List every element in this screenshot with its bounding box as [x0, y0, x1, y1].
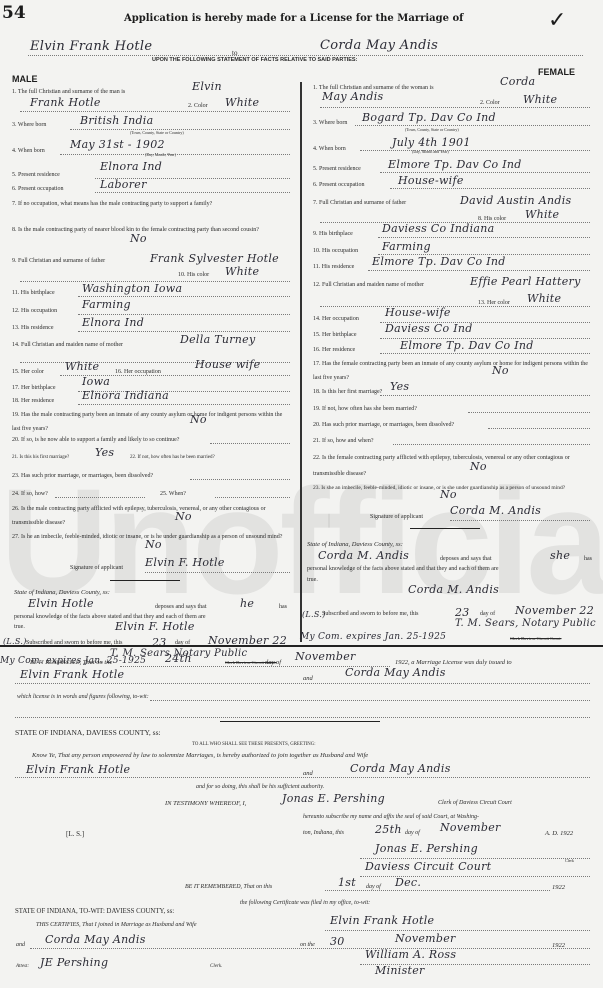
- fill-in-line: [15, 683, 590, 684]
- printed-text: 18. Her residence: [12, 398, 54, 404]
- printed-text: 3.: [313, 120, 318, 126]
- fill-in-line: [15, 717, 590, 718]
- printed-text: 3. Where born: [12, 122, 46, 128]
- printed-text: 4.: [313, 146, 318, 152]
- female-mother-residence: Elmore Tp. Dav Co Ind: [400, 339, 534, 352]
- printed-text: 2.: [188, 103, 193, 109]
- license-issue-day: 24th: [165, 652, 192, 665]
- printed-text: If not, how often has he been married?: [138, 455, 215, 460]
- male-birthdate: May 31st - 1902: [70, 138, 165, 151]
- fill-in-line: [390, 188, 590, 189]
- fill-in-line: [393, 444, 590, 445]
- female-heading: FEMALE: [538, 67, 575, 77]
- printed-text: If so, how?: [21, 491, 48, 497]
- printed-text: 9.: [313, 231, 318, 237]
- oath-state-line: State of Indiana, Daviess County, ss:: [14, 589, 110, 596]
- printed-text: When?: [169, 491, 186, 497]
- printed-text: THIS CERTIFIES, That I joined in Marriag…: [36, 922, 197, 928]
- male-blood-kin-answer: No: [130, 232, 147, 245]
- printed-text: 4. When born: [12, 148, 45, 154]
- female-father-birthplace: Daviess Co Indiana: [382, 222, 495, 235]
- printed-text: 20. If so, is he now able to support a f…: [12, 437, 179, 443]
- printed-text: Where born: [319, 120, 348, 126]
- printed-text: 7. If no occupation, what means has the …: [12, 197, 292, 212]
- license-issue-month: November: [295, 650, 356, 663]
- printed-text: 2.: [480, 100, 485, 106]
- printed-text: Be It Remembered, That on the: [30, 659, 112, 666]
- field-label: Color: [194, 103, 208, 109]
- certificate-bride-name: Corda May Andis: [45, 933, 146, 946]
- printed-text: 11. His birthplace: [12, 290, 55, 296]
- printed-text: If no occupation, what means has the mal…: [18, 201, 212, 207]
- printed-text: 5.: [313, 166, 318, 172]
- fill-in-line: [380, 353, 590, 354]
- attest-signature: JE Pershing: [40, 956, 108, 969]
- female-disease-answer: No: [470, 460, 487, 473]
- printed-text: 24.: [12, 491, 20, 497]
- printed-text: Clerk Daviess Circuit Court.: [510, 636, 562, 641]
- printed-text: Her birthplace: [322, 332, 356, 338]
- printed-text: His birthplace: [21, 290, 55, 296]
- fill-in-line: [95, 192, 290, 193]
- printed-text: 23.: [12, 473, 20, 479]
- fill-in-line: [30, 948, 590, 949]
- printed-text: and: [16, 942, 25, 948]
- printed-text: 18.: [12, 398, 20, 404]
- fill-in-line: [450, 520, 590, 521]
- printed-text: 19.: [12, 412, 20, 418]
- printed-text: His residence: [322, 264, 355, 270]
- printed-text: 21.: [313, 438, 321, 444]
- male-first-marriage-answer: Yes: [95, 446, 114, 459]
- printed-text: 5. Present residence: [12, 172, 60, 178]
- column-divider: [300, 82, 302, 642]
- female-notary-signature: T. M. Sears, Notary Public: [455, 618, 596, 629]
- printed-text: 16.: [313, 347, 321, 353]
- printed-text: A. D. 1922: [545, 830, 573, 837]
- printed-text: 2. Color: [188, 103, 208, 109]
- printed-text: and: [303, 770, 313, 777]
- printed-text: His occupation: [322, 248, 358, 254]
- printed-text: 15. Her color: [12, 369, 44, 375]
- printed-text: 10. His color: [178, 272, 209, 278]
- printed-text: State of Indiana, Daviess County, ss:: [307, 541, 403, 548]
- printed-text: day of: [405, 830, 420, 836]
- female-mother-name: Effie Pearl Hattery: [322, 272, 592, 292]
- printed-text: 1922: [552, 884, 565, 891]
- male-disease-answer: No: [175, 510, 192, 523]
- printed-text: 6. Present occupation: [12, 186, 64, 192]
- printed-text: 24. If so, how?: [12, 491, 48, 497]
- printed-text: 26. Is the male contracting party afflic…: [12, 502, 292, 530]
- printed-text: 7.: [12, 201, 17, 207]
- printed-text: Is this his first marriage?: [20, 455, 70, 460]
- female-birthplace: Bogard Tp. Dav Co Ind: [362, 111, 496, 124]
- printed-text: 1922, a Marriage License was duly issued…: [395, 659, 512, 666]
- female-unsound-answer: No: [440, 488, 457, 501]
- male-mother-color: White: [65, 360, 99, 373]
- female-first-name: Corda: [500, 75, 535, 88]
- printed-text: 19. If not, how often has she been marri…: [313, 406, 417, 412]
- fill-in-line: [78, 296, 290, 297]
- fill-in-line: [150, 700, 590, 701]
- printed-text: Has such prior marriage, or marriages, b…: [322, 422, 454, 428]
- printed-text: Her birthplace: [21, 385, 55, 391]
- license-groom-name: Elvin Frank Hotle: [20, 668, 124, 681]
- male-mother-occupation: House wife: [195, 358, 260, 371]
- printed-text: 27.: [12, 534, 20, 540]
- male-father-birthplace: Washington Iowa: [82, 282, 182, 295]
- printed-text: His color: [187, 272, 209, 278]
- clerk-name: Jonas E. Pershing: [282, 792, 385, 805]
- printed-text: 2. Color: [480, 100, 500, 106]
- fill-in-line: [360, 150, 590, 151]
- printed-text: 21. If so, how and when?: [313, 438, 374, 444]
- female-oath-month: November 22: [515, 604, 594, 617]
- printed-text: 4.: [12, 148, 17, 154]
- authorized-bride-name: Corda May Andis: [350, 762, 451, 775]
- printed-text: 20.: [313, 422, 321, 428]
- fill-in-line: [468, 412, 590, 413]
- printed-text: Her occupation: [322, 316, 359, 322]
- printed-text: Full Christian and surname of father: [18, 258, 105, 264]
- license-day: 25th: [375, 823, 402, 836]
- rule-line: [110, 580, 180, 581]
- printed-text: has: [584, 556, 592, 562]
- printed-text: (Town, County, State or Country): [405, 127, 459, 132]
- license-state-heading: STATE OF INDIANA, DAVIESS COUNTY, ss:: [15, 728, 161, 737]
- printed-text: and for so doing, this shall be his suff…: [196, 784, 324, 790]
- printed-text: 20.: [12, 437, 20, 443]
- printed-text: If not, how often has she been married?: [322, 406, 417, 412]
- male-asylum-answer: No: [190, 413, 207, 426]
- printed-text: which license is in words and figures fo…: [17, 694, 149, 700]
- male-father-color: White: [225, 265, 259, 278]
- printed-text: 12.: [313, 282, 321, 288]
- printed-text: 22. If not, how often has he been marrie…: [130, 455, 215, 460]
- fill-in-line: [28, 55, 583, 56]
- printed-text: Clerk.: [210, 964, 222, 969]
- fill-in-line: [55, 497, 145, 498]
- female-birthdate: July 4th 1901: [392, 136, 471, 149]
- printed-text: Has the male contracting party been an i…: [12, 412, 282, 432]
- license-bride-name: Corda May Andis: [345, 666, 446, 679]
- fill-in-line: [320, 107, 590, 108]
- fill-in-line: [360, 858, 590, 859]
- female-father-residence: Elmore Tp. Dav Co Ind: [372, 255, 506, 268]
- printed-text: 6.: [313, 182, 318, 188]
- female-color: White: [523, 93, 557, 106]
- fill-in-line: [325, 930, 590, 931]
- printed-text: 19. Has the male contracting party been …: [12, 408, 292, 436]
- printed-text: 3.: [12, 122, 17, 128]
- printed-text: Be It Remembered,: [30, 659, 81, 666]
- fill-in-line: [145, 572, 290, 573]
- field-number: 1.: [12, 89, 17, 95]
- printed-text: 22. Is the female contracting party affl…: [313, 450, 593, 482]
- printed-text: BE IT REMEMBERED, That on this: [185, 884, 272, 890]
- female-notary-commission: My Com. expires Jan. 25-1925: [300, 632, 446, 642]
- printed-text: Is the male contracting party afflicted …: [12, 506, 266, 526]
- document-title: Application is hereby made for a License…: [124, 13, 463, 24]
- printed-text: true.: [307, 577, 318, 583]
- printed-text: His birthplace: [319, 231, 353, 237]
- printed-text: ton, Indiana, this: [303, 830, 344, 836]
- printed-text: 8.: [12, 227, 17, 233]
- printed-text: Is the female contracting party afflicte…: [313, 455, 570, 477]
- printed-text: the following Certificate was filed in m…: [240, 900, 370, 906]
- certificate-groom-name: Elvin Frank Hotle: [330, 914, 434, 927]
- printed-text: 23.: [313, 485, 320, 491]
- printed-text: That on the: [83, 659, 113, 666]
- female-mother-occupation: House-wife: [385, 306, 451, 319]
- male-residence: Elnora Ind: [100, 160, 162, 173]
- fill-in-line: [320, 306, 590, 307]
- fill-in-line: [190, 479, 290, 480]
- printed-text: If so, how and when?: [322, 438, 374, 444]
- printed-text: 10.: [178, 272, 186, 278]
- male-middle-surname: Frank Hotle: [30, 96, 101, 109]
- male-mother-birthplace: Iowa: [82, 375, 110, 388]
- female-father-color: White: [525, 208, 559, 221]
- fill-in-line: [380, 172, 590, 173]
- printed-text: Where born: [18, 122, 47, 128]
- printed-text: Her residence: [322, 347, 355, 353]
- fill-in-line: [488, 428, 590, 429]
- printed-text: Clerk: [565, 858, 574, 863]
- check-mark-icon: ✓: [548, 8, 566, 33]
- printed-text: 17.: [313, 361, 321, 367]
- marriage-day: 30: [330, 935, 345, 948]
- printed-text: TO ALL WHO SHALL SEE THESE PRESENTS, GRE…: [192, 742, 316, 747]
- header-bride-name: Corda May Andis: [320, 38, 438, 53]
- fill-in-line: [70, 129, 290, 130]
- printed-text: 15.: [12, 369, 20, 375]
- rule-line: [220, 721, 380, 722]
- marriage-month: November: [395, 932, 456, 945]
- female-oath-pronoun: she: [550, 549, 570, 562]
- printed-text: 22.: [130, 455, 136, 460]
- printed-text: Color: [486, 100, 500, 106]
- rule-line: [410, 528, 480, 529]
- printed-text: Her color: [21, 369, 44, 375]
- printed-text: Subscribed and sworn to before me, this: [322, 611, 418, 617]
- printed-text: Is this her first marriage?: [322, 389, 382, 395]
- printed-text: personal knowledge of the facts above st…: [307, 566, 499, 572]
- printed-text: 5.: [12, 172, 17, 178]
- printed-text: Know Ye, That any person empowered by la…: [32, 752, 368, 759]
- printed-text: If so, is he now able to support a famil…: [21, 437, 179, 443]
- female-middle-surname: May Andis: [322, 90, 383, 103]
- printed-text: 3. Where born: [313, 120, 347, 126]
- minister-title: Minister: [375, 964, 425, 977]
- section-divider: [0, 645, 603, 647]
- printed-text: 7.: [313, 200, 318, 206]
- printed-text: Present residence: [18, 172, 60, 178]
- fill-in-line: [78, 314, 290, 315]
- printed-text: day of: [480, 611, 495, 617]
- female-father-occupation: Farming: [382, 240, 431, 253]
- male-signature: Elvin F. Hotle: [145, 556, 225, 569]
- printed-text: 19.: [313, 406, 321, 412]
- printed-text: His occupation: [21, 308, 57, 314]
- printed-text: 10.: [313, 248, 321, 254]
- fill-in-line: [60, 154, 290, 155]
- male-heading: MALE: [12, 74, 38, 84]
- printed-text: 10. His occupation: [313, 248, 358, 254]
- printed-text: 6. Present occupation: [313, 182, 365, 188]
- male-unsound-answer: No: [145, 538, 162, 551]
- male-oath-signature: Elvin F. Hotle: [115, 620, 195, 633]
- page-number: 54: [2, 3, 26, 23]
- printed-text: 13.: [12, 325, 20, 331]
- printed-text: 25. When?: [160, 491, 186, 497]
- female-residence: Elmore Tp. Dav Co Ind: [388, 158, 522, 171]
- seal-mark: [L. S.]: [66, 830, 84, 838]
- hint-text: (Town, County, State or Country): [130, 130, 184, 135]
- female-signature: Corda M. Andis: [450, 504, 541, 517]
- license-month: November: [440, 821, 501, 834]
- printed-text: deposes and says that: [155, 604, 207, 610]
- printed-text: 18. Is this her first marriage?: [313, 389, 382, 395]
- signature-label: Signature of applicant: [70, 565, 123, 571]
- printed-text: 14. Her occupation: [313, 316, 359, 322]
- fill-in-line: [215, 497, 290, 498]
- printed-text: 17. Has the female contracting party bee…: [313, 357, 593, 385]
- printed-text: 5. Present residence: [313, 166, 361, 172]
- filed-month: Dec.: [395, 876, 421, 889]
- printed-text: 17.: [12, 385, 20, 391]
- filed-day: 1st: [338, 876, 356, 889]
- minister-signature: William A. Ross: [365, 948, 456, 961]
- printed-text: 26.: [12, 506, 20, 512]
- court-signature: Daviess Circuit Court: [365, 860, 491, 873]
- female-mother-birthplace: Daviess Co Ind: [385, 322, 473, 335]
- certificate-state-heading: STATE OF INDIANA, TO-WIT: DAVIESS COUNTY…: [15, 908, 174, 915]
- printed-text: 9. Full Christian and surname of father: [12, 258, 105, 264]
- printed-text: 8. Is the male contracting party of near…: [12, 223, 292, 237]
- printed-text: and: [303, 675, 313, 682]
- male-mother-residence: Elnora Indiana: [82, 389, 169, 402]
- female-first-marriage-answer: Yes: [390, 380, 409, 393]
- printed-text: 23. Has such prior marriage, or marriage…: [12, 473, 153, 479]
- male-color: White: [225, 96, 259, 109]
- field-label: The full Christian and surname of the ma…: [18, 89, 125, 95]
- fill-in-line: [20, 111, 290, 112]
- printed-text: Has the female contracting party been an…: [313, 361, 588, 381]
- printed-text: Attest:: [16, 964, 29, 969]
- printed-text: 21. Is this his first marriage?: [12, 455, 69, 460]
- printed-text: 15.: [313, 332, 321, 338]
- printed-text: 14.: [12, 342, 20, 348]
- authorized-groom-name: Elvin Frank Hotle: [26, 763, 130, 776]
- printed-text: Present occupation: [18, 186, 64, 192]
- printed-text: 22.: [313, 455, 321, 461]
- printed-text: 11.: [12, 290, 19, 296]
- male-birthplace: British India: [80, 114, 153, 127]
- printed-text: 18.: [313, 389, 321, 395]
- marriage-license-document: Unofficial 54 Application is hereby made…: [0, 0, 603, 988]
- printed-text: hereunto subscribe my name and affix the…: [303, 814, 479, 820]
- printed-text: Clerk of Daviess Circuit Court: [438, 800, 512, 806]
- fill-in-line: [380, 395, 590, 396]
- printed-text: 9. His birthplace: [313, 231, 353, 237]
- printed-text: deposes and says that: [440, 556, 492, 562]
- printed-text: 4. When born: [313, 146, 346, 152]
- document-subtitle: UPON THE FOLLOWING STATEMENT OF FACTS RE…: [152, 57, 357, 63]
- printed-text: 14.: [313, 316, 321, 322]
- printed-text: 16. Her residence: [313, 347, 355, 353]
- fill-in-line: [355, 125, 590, 126]
- printed-text: has: [279, 604, 287, 610]
- male-father-occupation: Farming: [82, 298, 131, 311]
- clerk-signature: Jonas E. Pershing: [375, 842, 478, 855]
- printed-text: Has such prior marriage, or marriages, b…: [21, 473, 153, 479]
- fill-in-line: [78, 404, 290, 405]
- female-occupation: House-wife: [398, 174, 464, 187]
- printed-text: 15. Her birthplace: [313, 332, 356, 338]
- printed-text: 12.: [12, 308, 20, 314]
- printed-text: true.: [14, 624, 25, 630]
- male-oath-deponent: Elvin Hotle: [28, 597, 94, 610]
- female-mother-color: White: [527, 292, 561, 305]
- printed-text: Signature of applicant: [370, 514, 423, 520]
- printed-text: 17. Her birthplace: [12, 385, 55, 391]
- printed-text: IN TESTIMONY WHEREOF, I,: [165, 800, 246, 807]
- printed-text: 20. Has such prior marriage, or marriage…: [313, 422, 454, 428]
- printed-text: When born: [18, 148, 45, 154]
- printed-text: Present residence: [319, 166, 361, 172]
- fill-in-line: [210, 443, 290, 444]
- female-asylum-answer: No: [492, 364, 509, 377]
- printed-text: 9.: [12, 258, 17, 264]
- printed-text: 25.: [160, 491, 168, 497]
- male-mother-name: Della Turney: [30, 330, 290, 350]
- printed-text: When born: [319, 146, 346, 152]
- fill-in-line: [15, 777, 590, 778]
- fill-in-line: [325, 890, 550, 891]
- printed-text: day of: [265, 659, 281, 666]
- printed-text: 12. His occupation: [12, 308, 57, 314]
- printed-text: 21.: [12, 455, 18, 460]
- male-occupation: Laborer: [100, 178, 147, 191]
- male-father-residence: Elnora Ind: [82, 316, 144, 329]
- printed-text: 1. The full Christian and surname of the…: [12, 89, 125, 95]
- printed-text: 6.: [12, 186, 17, 192]
- male-first-name: Elvin: [192, 80, 222, 93]
- fill-in-line: [368, 270, 590, 271]
- printed-text: 11. His residence: [313, 264, 354, 270]
- printed-text: Present occupation: [319, 182, 365, 188]
- printed-text: 1.: [313, 85, 318, 91]
- female-oath-signature: Corda M. Andis: [408, 583, 499, 596]
- fill-in-line: [378, 237, 590, 238]
- header-groom-name: Elvin Frank Hotle: [30, 39, 152, 54]
- printed-text: Her residence: [21, 398, 54, 404]
- female-oath-deponent: Corda M. Andis: [318, 549, 409, 562]
- male-oath-pronoun: he: [240, 597, 254, 610]
- printed-text: 11.: [313, 264, 320, 270]
